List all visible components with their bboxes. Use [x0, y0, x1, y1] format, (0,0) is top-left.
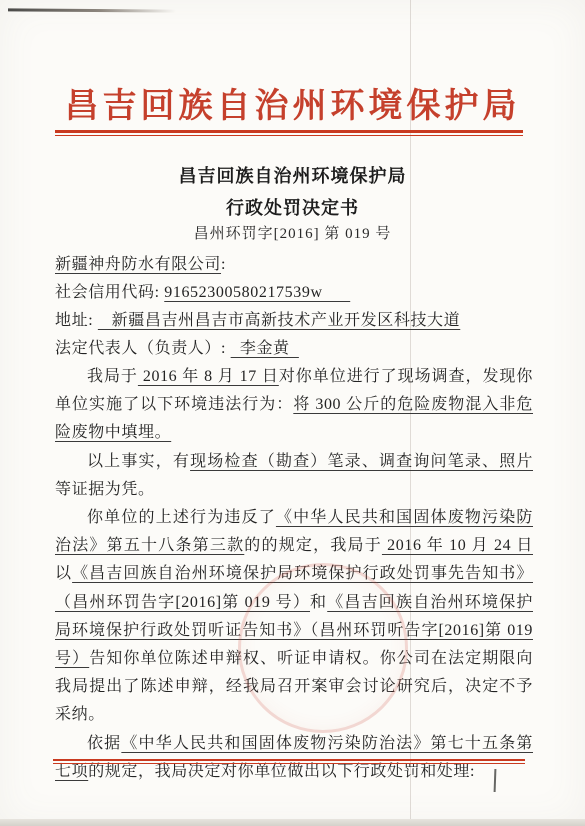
body-text: 的规定，我局决定对你单位做出以下行政处罚和处理: — [88, 763, 475, 780]
body-text: 依据 — [87, 735, 121, 752]
bottom-rule — [53, 759, 525, 764]
filled-blank-text: 91652300580217539w — [164, 284, 350, 301]
body-text: 法定代表人（负责人）: — [55, 340, 231, 357]
document-title-agency: 昌吉回族自治州环境保护局 — [0, 162, 585, 188]
pen-mark — [494, 769, 497, 792]
scanned-document-page: 昌吉回族自治州环境保护局 昌吉回族自治州环境保护局 行政处罚决定书 昌州环罚字[… — [0, 0, 585, 826]
body-text: 的的规定，我局于 — [244, 537, 382, 554]
document-number: 昌州环罚字[2016] 第 019 号 — [0, 222, 585, 243]
recipient-info-block: 新疆神舟防水有限公司:社会信用代码: 91652300580217539w 地址… — [55, 251, 533, 363]
body-paragraph: 以上事实，有现场检查（勘查）笔录、调查询问笔录、照片等证据为凭。 — [55, 448, 533, 504]
letterhead-agency-name: 昌吉回族自治州环境保护局 — [0, 78, 585, 127]
official-seal-stamp — [238, 563, 408, 733]
filled-blank-text: 新疆神舟防水有限公司 — [55, 256, 221, 273]
document-title-type: 行政处罚决定书 — [0, 194, 585, 220]
recipient-line: 新疆神舟防水有限公司: — [55, 251, 533, 279]
recipient-line: 地址: 新疆昌吉州昌吉市高新技术产业开发区科技大道 — [55, 307, 533, 335]
body-paragraph: 我局于 2016 年 8 月 17 日对你单位进行了现场调查，发现你单位实施了以… — [55, 363, 533, 448]
filled-blank-text: 新疆昌吉州昌吉市高新技术产业开发区科技大道 — [98, 312, 460, 329]
body-text: 社会信用代码: — [55, 284, 164, 301]
scan-artifact-bottom-edge — [0, 819, 585, 826]
filled-blank-text: 2016 年 8 月 17 日 — [138, 368, 279, 385]
body-text: 以上事实，有 — [87, 453, 190, 470]
body-paragraph: 依据《中华人民共和国固体废物污染防治法》第七十五条第七项的规定，我局决定对你单位… — [55, 730, 533, 786]
scan-artifact-top-edge — [8, 8, 176, 12]
body-text: 我局于 — [87, 368, 138, 385]
body-text: : — [221, 256, 226, 273]
filled-blank-text: 李金黄 — [231, 340, 299, 357]
body-text: 你单位的上述行为违反了 — [87, 509, 276, 526]
recipient-line: 法定代表人（负责人）: 李金黄 — [55, 335, 533, 363]
body-text: 等证据为凭。 — [55, 481, 155, 498]
body-text: 地址: — [55, 312, 98, 329]
body-text: 以 — [55, 565, 72, 582]
filled-blank-text: 现场检查（勘查）笔录、调查询问笔录、照片 — [190, 453, 533, 470]
letterhead-rule — [55, 130, 523, 136]
recipient-line: 社会信用代码: 91652300580217539w — [55, 279, 533, 307]
filled-blank-text: 2016 年 10 月 24 日 — [382, 537, 533, 554]
